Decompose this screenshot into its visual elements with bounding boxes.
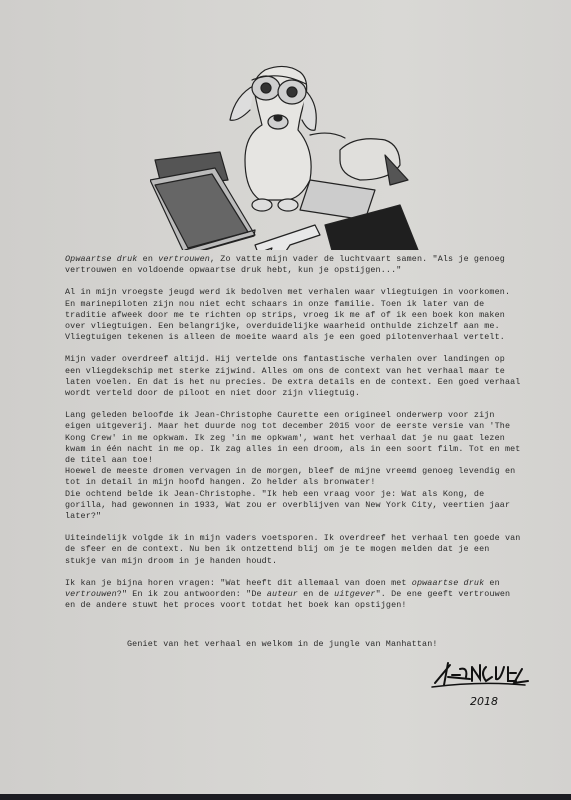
- paragraph-6: Ik kan je bijna horen vragen: "Wat heeft…: [65, 578, 525, 612]
- paragraph-3: Mijn vader overdreef altijd. Hij verteld…: [65, 354, 525, 399]
- signature-year: 2018: [470, 695, 498, 708]
- paragraph-4: Lang geleden beloofde ik Jean-Christophe…: [65, 410, 525, 522]
- dog-with-goggles-illustration: [150, 40, 450, 250]
- foreword-text: Opwaartse druk en vertrouwen, Zo vatte m…: [65, 254, 525, 622]
- page-bottom-edge: [0, 794, 571, 800]
- paragraph-5: Uiteindelijk volgde ik in mijn vaders vo…: [65, 533, 525, 567]
- closing-line: Geniet van het verhaal en welkom in de j…: [127, 639, 438, 649]
- paragraph-1: Opwaartse druk en vertrouwen, Zo vatte m…: [65, 254, 525, 276]
- paragraph-2: Al in mijn vroegste jeugd werd ik bedolv…: [65, 287, 525, 343]
- author-signature: 2018: [430, 655, 530, 715]
